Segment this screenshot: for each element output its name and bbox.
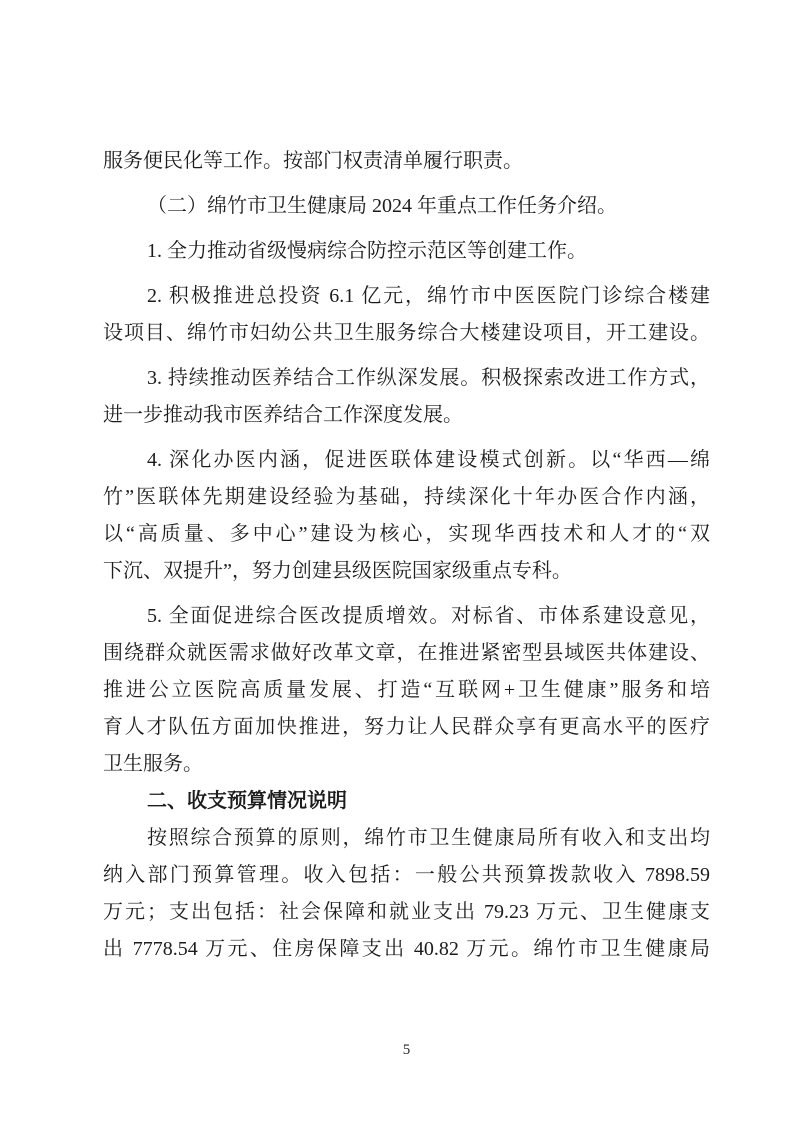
list-item-task-4: 4. 深化办医内涵，促进医联体建设模式创新。以“华西—绵 竹”医联体先期建设经验… [103,442,710,590]
heading-section-2-2: （二）绵竹市卫生健康局 2024 年重点工作任务介绍。 [103,188,710,225]
text-line: 2. 积极推进总投资 6.1 亿元，绵竹市中医医院门诊综合楼建 [103,278,710,315]
text-line: 4. 深化办医内涵，促进医联体建设模式创新。以“华西—绵 [103,442,710,479]
text-line: 卫生服务。 [103,746,710,783]
text-line: 1. 全力推动省级慢病综合防控示范区等创建工作。 [103,233,710,270]
text-line: 下沉、双提升”，努力创建县级医院国家级重点专科。 [103,553,710,590]
text-line: 万元；支出包括：社会保障和就业支出 79.23 万元、卫生健康支 [103,894,710,931]
page-number: 5 [103,1041,710,1059]
text-line: 围绕群众就医需求做好改革文章，在推进紧密型县域医共体建设、 [103,635,710,672]
text-line: 服务便民化等工作。按部门权责清单履行职责。 [103,143,710,180]
text-line: 3. 持续推动医养结合工作纵深发展。积极探索改进工作方式， [103,360,710,397]
text-line: 竹”医联体先期建设经验为基础，持续深化十年办医合作内涵， [103,479,710,516]
document-body: 服务便民化等工作。按部门权责清单履行职责。 （二）绵竹市卫生健康局 2024 年… [103,143,710,968]
heading-section-2: 二、收支预算情况说明 [103,783,710,820]
list-item-task-2: 2. 积极推进总投资 6.1 亿元，绵竹市中医医院门诊综合楼建 设项目、绵竹市妇… [103,278,710,352]
text-line: 出 7778.54 万元、住房保障支出 40.82 万元。绵竹市卫生健康局 [103,931,710,968]
text-line: （二）绵竹市卫生健康局 2024 年重点工作任务介绍。 [103,188,710,225]
list-item-task-3: 3. 持续推动医养结合工作纵深发展。积极探索改进工作方式， 进一步推动我市医养结… [103,360,710,434]
text-line: 进一步推动我市医养结合工作深度发展。 [103,397,710,434]
text-line: 5. 全面促进综合医改提质增效。对标省、市体系建设意见， [103,598,710,635]
text-line: 育人才队伍方面加快推进，努力让人民群众享有更高水平的医疗 [103,709,710,746]
text-line: 按照综合预算的原则，绵竹市卫生健康局所有收入和支出均 [103,820,710,857]
text-line: 以“高质量、多中心”建设为核心，实现华西技术和人才的“双 [103,516,710,553]
document-page: 服务便民化等工作。按部门权责清单履行职责。 （二）绵竹市卫生健康局 2024 年… [0,0,793,1122]
list-item-task-1: 1. 全力推动省级慢病综合防控示范区等创建工作。 [103,233,710,270]
text-line: 纳入部门预算管理。收入包括：一般公共预算拨款收入 7898.59 [103,857,710,894]
text-line: 推进公立医院高质量发展、打造“互联网+卫生健康”服务和培 [103,672,710,709]
list-item-task-5: 5. 全面促进综合医改提质增效。对标省、市体系建设意见， 围绕群众就医需求做好改… [103,598,710,783]
paragraph-intro-continued: 服务便民化等工作。按部门权责清单履行职责。 [103,143,710,180]
paragraph-budget-intro: 按照综合预算的原则，绵竹市卫生健康局所有收入和支出均 纳入部门预算管理。收入包括… [103,820,710,968]
text-line: 设项目、绵竹市妇幼公共卫生服务综合大楼建设项目，开工建设。 [103,315,710,352]
section-heading-text: 二、收支预算情况说明 [103,783,710,820]
